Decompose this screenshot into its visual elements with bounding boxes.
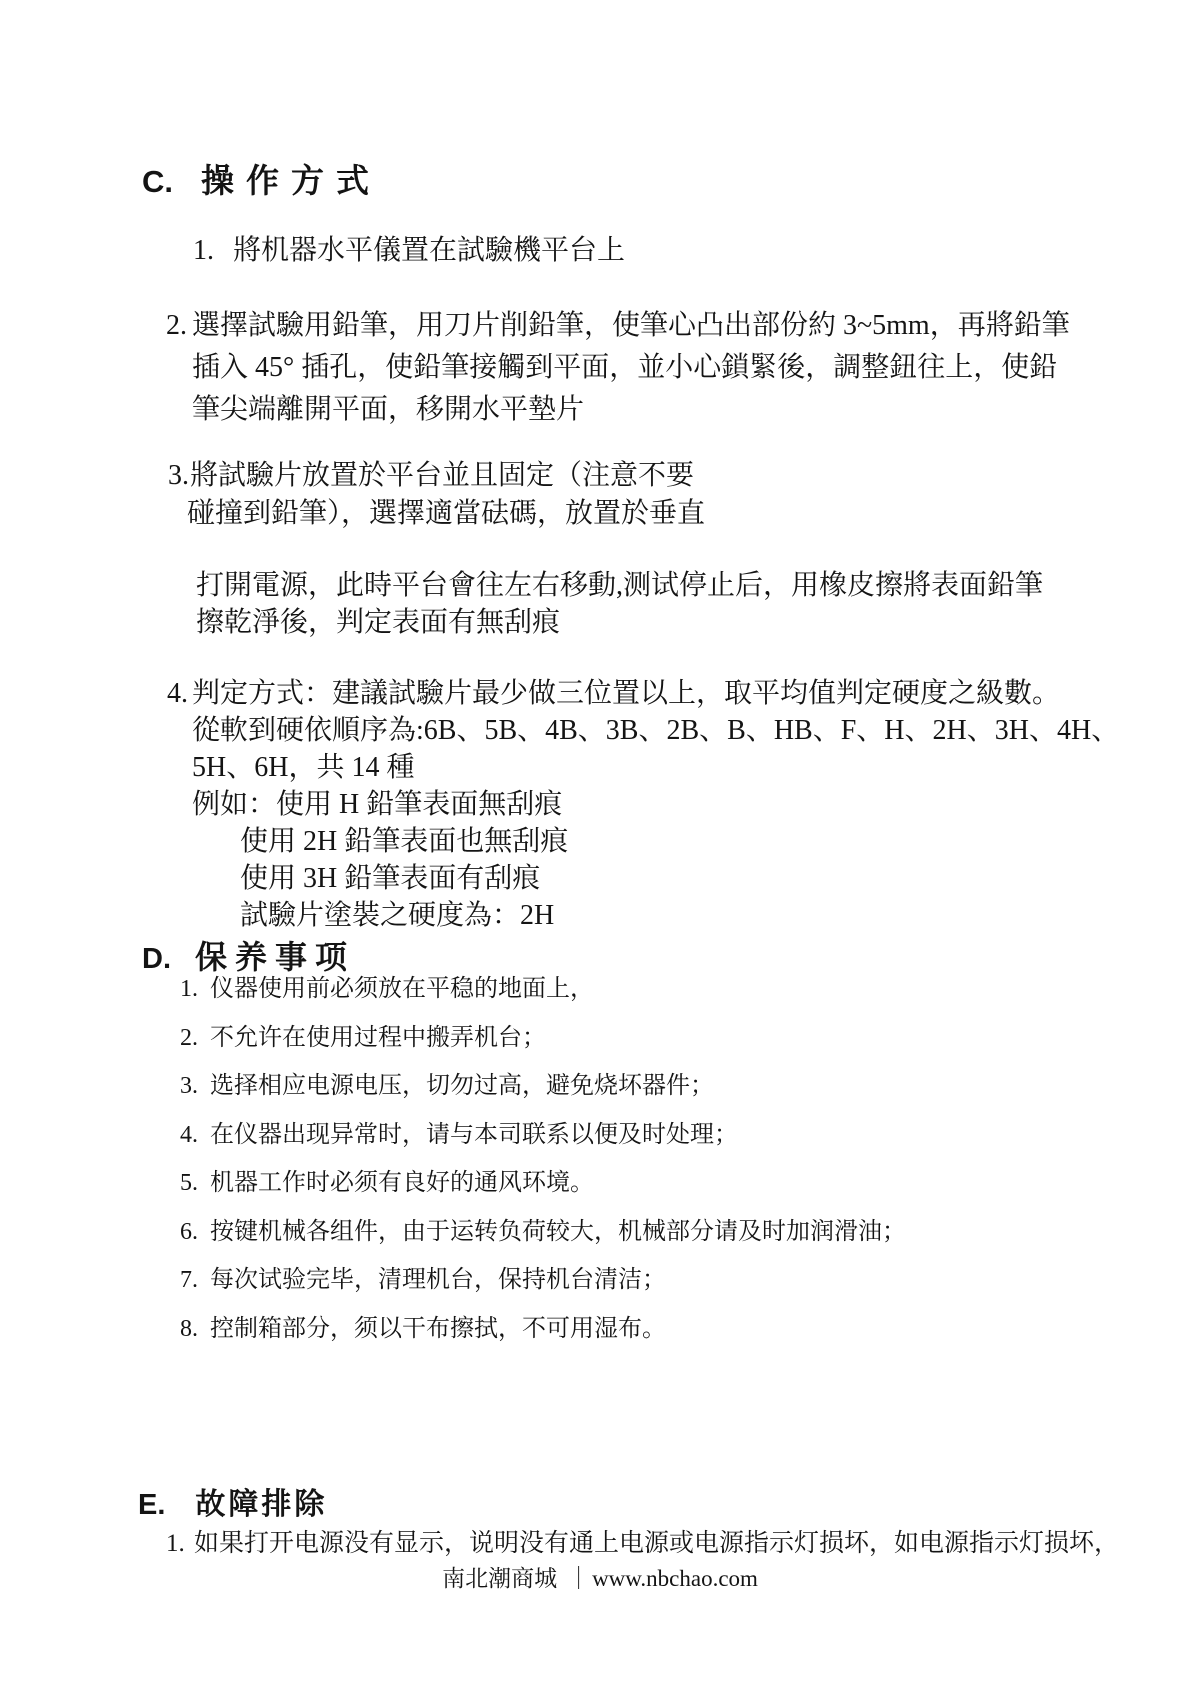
item-line: 判定方式：建議試驗片最少做三位置以上，取平均值判定硬度之級數。: [192, 675, 1119, 712]
c-list-item-4: 4. 判定方式：建議試驗片最少做三位置以上，取平均值判定硬度之級數。 從軟到硬依…: [167, 675, 1119, 934]
item-number: 2.: [166, 305, 192, 431]
item-line: 例如：使用 H 鉛筆表面無刮痕: [192, 786, 1119, 823]
d-list-item-4: 4. 在仪器出现异常时，请与本司联系以便及时处理；: [180, 1120, 738, 1150]
item-body: 將机器水平儀置在試驗機平台上: [233, 231, 625, 271]
item-number: 6.: [180, 1217, 210, 1247]
item-line: 從軟到硬依順序為:6B、5B、4B、3B、2B、B、HB、F、H、2H、3H、4…: [192, 712, 1119, 749]
item-line: 碰撞到鉛筆），選擇適當砝碼，放置於垂直: [187, 495, 705, 533]
item-body: 判定方式：建議試驗片最少做三位置以上，取平均值判定硬度之級數。 從軟到硬依順序為…: [192, 675, 1119, 934]
item-line: 使用 2H 鉛筆表面也無刮痕: [192, 823, 1119, 860]
item-number: 1.: [180, 974, 210, 1004]
d-list-item-8: 8. 控制箱部分，须以干布擦拭，不可用湿布。: [180, 1314, 666, 1344]
footer-separator: ｜: [567, 1566, 590, 1591]
item-line: 試驗片塗裝之硬度為：2H: [192, 897, 1119, 934]
section-e-title: 故障排除: [195, 1486, 327, 1524]
c-list-item-2: 2. 選擇試驗用鉛筆，用刀片削鉛筆，使筆心凸出部份約 3~5mm，再將鉛筆 插入…: [166, 305, 1070, 431]
document-page: C. 操作方式 1. 將机器水平儀置在試驗機平台上 2. 選擇試驗用鉛筆，用刀片…: [0, 0, 1200, 1697]
section-d-letter: D.: [142, 940, 171, 978]
item-number: 1.: [193, 231, 233, 271]
item-text: 不允许在使用过程中搬弄机台；: [210, 1023, 546, 1053]
d-list-item-6: 6. 按键机械各组件，由于运转负荷较大，机械部分请及时加润滑油；: [180, 1217, 906, 1247]
item-number: 4.: [180, 1120, 210, 1150]
item-text: 按键机械各组件，由于运转负荷较大，机械部分请及时加润滑油；: [210, 1217, 906, 1247]
d-list-item-1: 1. 仪器使用前必须放在平稳的地面上，: [180, 974, 594, 1004]
item-number: 7.: [180, 1265, 210, 1295]
item-number: 5.: [180, 1168, 210, 1198]
item-line: 將机器水平儀置在試驗機平台上: [233, 231, 625, 271]
item-number: 4.: [167, 675, 192, 934]
item-line: 選擇試驗用鉛筆，用刀片削鉛筆，使筆心凸出部份約 3~5mm，再將鉛筆: [192, 305, 1070, 347]
item-number: 1.: [166, 1529, 194, 1559]
d-list-item-7: 7. 每次试验完毕，清理机台，保持机台清洁；: [180, 1265, 666, 1295]
item-number: 8.: [180, 1314, 210, 1344]
item-number: 2.: [180, 1023, 210, 1053]
item-text: 仪器使用前必须放在平稳的地面上，: [210, 974, 594, 1004]
c-list-item-1: 1. 將机器水平儀置在試驗機平台上: [193, 231, 625, 271]
footer-url: www.nbchao.com: [592, 1566, 758, 1591]
paragraph-line: 擦乾淨後，判定表面有無刮痕: [196, 604, 1043, 641]
item-line: 使用 3H 鉛筆表面有刮痕: [192, 860, 1119, 897]
section-d-title: 保养事项: [195, 938, 355, 976]
section-e-letter: E.: [138, 1486, 165, 1524]
d-list-item-2: 2. 不允许在使用过程中搬弄机台；: [180, 1023, 546, 1053]
item-text: 在仪器出现异常时，请与本司联系以便及时处理；: [210, 1120, 738, 1150]
item-body: 選擇試驗用鉛筆，用刀片削鉛筆，使筆心凸出部份約 3~5mm，再將鉛筆 插入 45…: [192, 305, 1070, 431]
item-text: 如果打开电源没有显示，说明没有通上电源或电源指示灯损坏，如电源指示灯损坏，: [194, 1529, 1119, 1559]
item-text: 每次试验完毕，清理机台，保持机台清洁；: [210, 1265, 666, 1295]
c-list-item-3: 3. 將試驗片放置於平台並且固定（注意不要 碰撞到鉛筆），選擇適當砝碼，放置於垂…: [168, 457, 705, 533]
item-body: 將試驗片放置於平台並且固定（注意不要 碰撞到鉛筆），選擇適當砝碼，放置於垂直: [190, 457, 705, 533]
section-c-letter: C.: [142, 162, 173, 202]
item-line: 筆尖端離開平面，移開水平墊片: [192, 389, 1070, 431]
e-list-item-1: 1. 如果打开电源没有显示，说明没有通上电源或电源指示灯损坏，如电源指示灯损坏，: [166, 1529, 1119, 1559]
section-e-heading: E. 故障排除: [138, 1486, 327, 1524]
item-line: 將試驗片放置於平台並且固定（注意不要: [190, 457, 705, 495]
footer-site-name: 南北潮商城: [442, 1566, 557, 1591]
section-d-heading: D. 保养事项: [142, 938, 355, 978]
c-paragraph: 打開電源，此時平台會往左右移動,测试停止后，用橡皮擦將表面鉛筆 擦乾淨後，判定表…: [196, 567, 1043, 641]
d-list-item-3: 3. 选择相应电源电压，切勿过高，避免烧坏器件；: [180, 1071, 714, 1101]
page-footer: 南北潮商城｜www.nbchao.com: [0, 1564, 1200, 1594]
paragraph-line: 打開電源，此時平台會往左右移動,测试停止后，用橡皮擦將表面鉛筆: [196, 567, 1043, 604]
section-c-title: 操作方式: [201, 162, 381, 202]
item-line: 5H、6H，共 14 種: [192, 749, 1119, 786]
item-text: 选择相应电源电压，切勿过高，避免烧坏器件；: [210, 1071, 714, 1101]
item-text: 机器工作时必须有良好的通风环境。: [210, 1168, 594, 1198]
item-line: 插入 45° 插孔，使鉛筆接觸到平面，並小心鎖緊後，調整鈕往上，使鉛: [192, 347, 1070, 389]
d-list-item-5: 5. 机器工作时必须有良好的通风环境。: [180, 1168, 594, 1198]
item-number: 3.: [180, 1071, 210, 1101]
section-c-heading: C. 操作方式: [142, 162, 381, 202]
item-text: 控制箱部分，须以干布擦拭，不可用湿布。: [210, 1314, 666, 1344]
